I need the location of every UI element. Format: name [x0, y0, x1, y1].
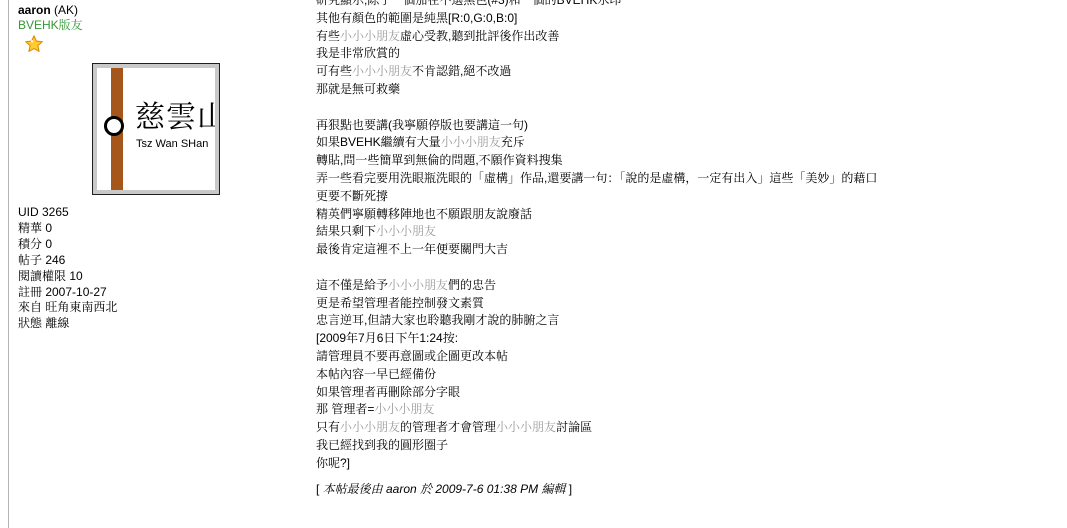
post-text: 如果BVEHK繼續有大量 — [316, 135, 441, 149]
post-line: 這不僅是給予小小小朋友們的忠告 — [316, 277, 1064, 295]
post-text: 這不僅是給予 — [316, 278, 388, 292]
post-text: 可有些 — [316, 64, 352, 78]
post-text: 不肯認錯,絕不改過 — [412, 64, 511, 78]
post-line: 結果只剩下小小小朋友 — [316, 223, 1064, 241]
user-group-label: BVEHK版友 — [18, 18, 83, 33]
post-text: 最後肯定這裡不上一年便要關門大吉 — [316, 242, 508, 256]
post-text: 更要不斷死撐 — [316, 189, 388, 203]
post-text: 那就是無可救藥 — [316, 82, 400, 96]
post-text: 我已經找到我的圓形圈子 — [316, 438, 448, 452]
avatar: 慈雲山 Tsz Wan SHan — [92, 63, 220, 195]
post-line: 如果管理者再刪除部分字眼 — [316, 384, 1064, 402]
post-text: 充斥 — [501, 135, 525, 149]
post-text: 本帖內容一早已經備份 — [316, 367, 436, 381]
stat-row: 積分 0 — [18, 237, 117, 253]
stat-row: UID 3265 — [18, 205, 117, 221]
post-line: 研究顯示,除了一個加在不選黑色(#3)和一個的BVEHK水印 — [316, 0, 1064, 10]
post-text: 們的忠告 — [448, 278, 496, 292]
stat-row: 閱讀權限 10 — [18, 269, 117, 285]
post-line — [316, 259, 1064, 277]
muted-phrase: 小小小朋友 — [340, 420, 400, 434]
muted-phrase: 小小小朋友 — [374, 402, 434, 416]
muted-phrase: 小小小朋友 — [496, 420, 556, 434]
post-text: 那 管理者= — [316, 402, 374, 416]
post-text: 只有 — [316, 420, 340, 434]
stat-row: 帖子 246 — [18, 253, 117, 269]
user-stats: UID 3265精華 0積分 0帖子 246閱讀權限 10註冊 2007-10-… — [18, 205, 117, 332]
stat-row: 來自 旺角東南西北 — [18, 300, 117, 316]
edit-note-bracket: ] — [565, 482, 572, 496]
post-text: 討論區 — [556, 420, 592, 434]
edit-note: [ 本帖最後由 aaron 於 2009-7-6 01:38 PM 編輯 ] — [316, 481, 1064, 499]
post-line: 更是希望管理者能控制發文素質 — [316, 295, 1064, 313]
post-text: 其他有顏色的範圍是純黑[R:0,G:0,B:0] — [316, 11, 517, 25]
edit-note-text: 本帖最後由 aaron 於 2009-7-6 01:38 PM 編輯 — [323, 482, 566, 496]
post-line: 可有些小小小朋友不肯認錯,絕不改過 — [316, 63, 1064, 81]
username-link[interactable]: aaron — [18, 3, 51, 17]
stat-row: 註冊 2007-10-27 — [18, 285, 117, 301]
post-line: 我是非常欣賞的 — [316, 45, 1064, 63]
post-text: 我是非常欣賞的 — [316, 46, 400, 60]
post-line: 忠言逆耳,但請大家也聆聽我剛才說的肺腑之言 — [316, 312, 1064, 330]
station-circle-icon — [104, 116, 124, 136]
post-text: 轉貼,問一些簡單到無倫的問題,不願作資料搜集 — [316, 153, 563, 167]
muted-phrase: 小小小朋友 — [376, 224, 436, 238]
table-cell-divider — [8, 0, 9, 528]
post-line: [2009年7月6日下午1:24按: — [316, 330, 1064, 348]
station-name-en: Tsz Wan SHan — [136, 138, 208, 150]
post-line: 我已經找到我的圓形圈子 — [316, 437, 1064, 455]
muted-phrase: 小小小朋友 — [441, 135, 501, 149]
edit-note-bracket: [ — [316, 482, 323, 496]
post-line: 精英們寧願轉移陣地也不願跟朋友說廢話 — [316, 206, 1064, 224]
post-line: 其他有顏色的範圍是純黑[R:0,G:0,B:0] — [316, 10, 1064, 28]
post-text: 精英們寧願轉移陣地也不願跟朋友說廢話 — [316, 207, 532, 221]
post-line: 那 管理者=小小小朋友 — [316, 401, 1064, 419]
stat-row: 精華 0 — [18, 221, 117, 237]
post-line: 如果BVEHK繼續有大量小小小朋友充斥 — [316, 134, 1064, 152]
station-sign: 慈雲山 Tsz Wan SHan — [97, 68, 215, 190]
post-line: 你呢?] — [316, 455, 1064, 473]
post-line: 轉貼,問一些簡單到無倫的問題,不願作資料搜集 — [316, 152, 1064, 170]
post-text: 你呢?] — [316, 456, 350, 470]
post-text: 如果管理者再刪除部分字眼 — [316, 385, 460, 399]
muted-phrase: 小小小朋友 — [352, 64, 412, 78]
post-line: 只有小小小朋友的管理者才會管理小小小朋友討論區 — [316, 419, 1064, 437]
user-info-block: aaron (AK) BVEHK版友 — [18, 3, 83, 33]
post-text: 有些 — [316, 29, 340, 43]
post-line: 弄一些看完要用洗眼瓶洗眼的「虛構」作品,還要講一句：「說的是虛構，一定有出入」這… — [316, 170, 1064, 188]
station-name-zh: 慈雲山 — [135, 102, 215, 134]
post-line — [316, 99, 1064, 117]
post-text: 更是希望管理者能控制發文素質 — [316, 296, 484, 310]
post-text: [2009年7月6日下午1:24按: — [316, 331, 458, 345]
post-line: 那就是無可救藥 — [316, 81, 1064, 99]
post-text: 弄一些看完要用洗眼瓶洗眼的「虛構」作品,還要講一句：「說的是虛構，一定有出入」這… — [316, 171, 877, 185]
stat-row: 狀態 離線 — [18, 316, 117, 332]
star-level-icon — [25, 35, 43, 52]
post-text: 忠言逆耳,但請大家也聆聽我剛才說的肺腑之言 — [316, 313, 559, 327]
post-body: 研究顯示,除了一個加在不選黑色(#3)和一個的BVEHK水印其他有顏色的範圍是純… — [316, 0, 1064, 498]
post-text: 研究顯示,除了一個加在不選黑色(#3)和一個的BVEHK水印 — [316, 0, 621, 7]
post-text: 虛心受教,聽到批評後作出改善 — [400, 29, 559, 43]
post-line: 再狠點也要講(我寧願停版也要講這一句) — [316, 117, 1064, 135]
muted-phrase: 小小小朋友 — [340, 29, 400, 43]
post-text: 請管理員不要再意圖或企圖更改本帖 — [316, 349, 508, 363]
post-text: 結果只剩下 — [316, 224, 376, 238]
post-text: 再狠點也要講(我寧願停版也要講這一句) — [316, 118, 528, 132]
username-line: aaron (AK) — [18, 3, 83, 18]
post-line: 更要不斷死撐 — [316, 188, 1064, 206]
post-line: 本帖內容一早已經備份 — [316, 366, 1064, 384]
muted-phrase: 小小小朋友 — [388, 278, 448, 292]
post-line: 有些小小小朋友虛心受教,聽到批評後作出改善 — [316, 28, 1064, 46]
post-line: 請管理員不要再意圖或企圖更改本帖 — [316, 348, 1064, 366]
username-suffix: (AK) — [51, 3, 78, 17]
post-text: 的管理者才會管理 — [400, 420, 496, 434]
post-line: 最後肯定這裡不上一年便要關門大吉 — [316, 241, 1064, 259]
